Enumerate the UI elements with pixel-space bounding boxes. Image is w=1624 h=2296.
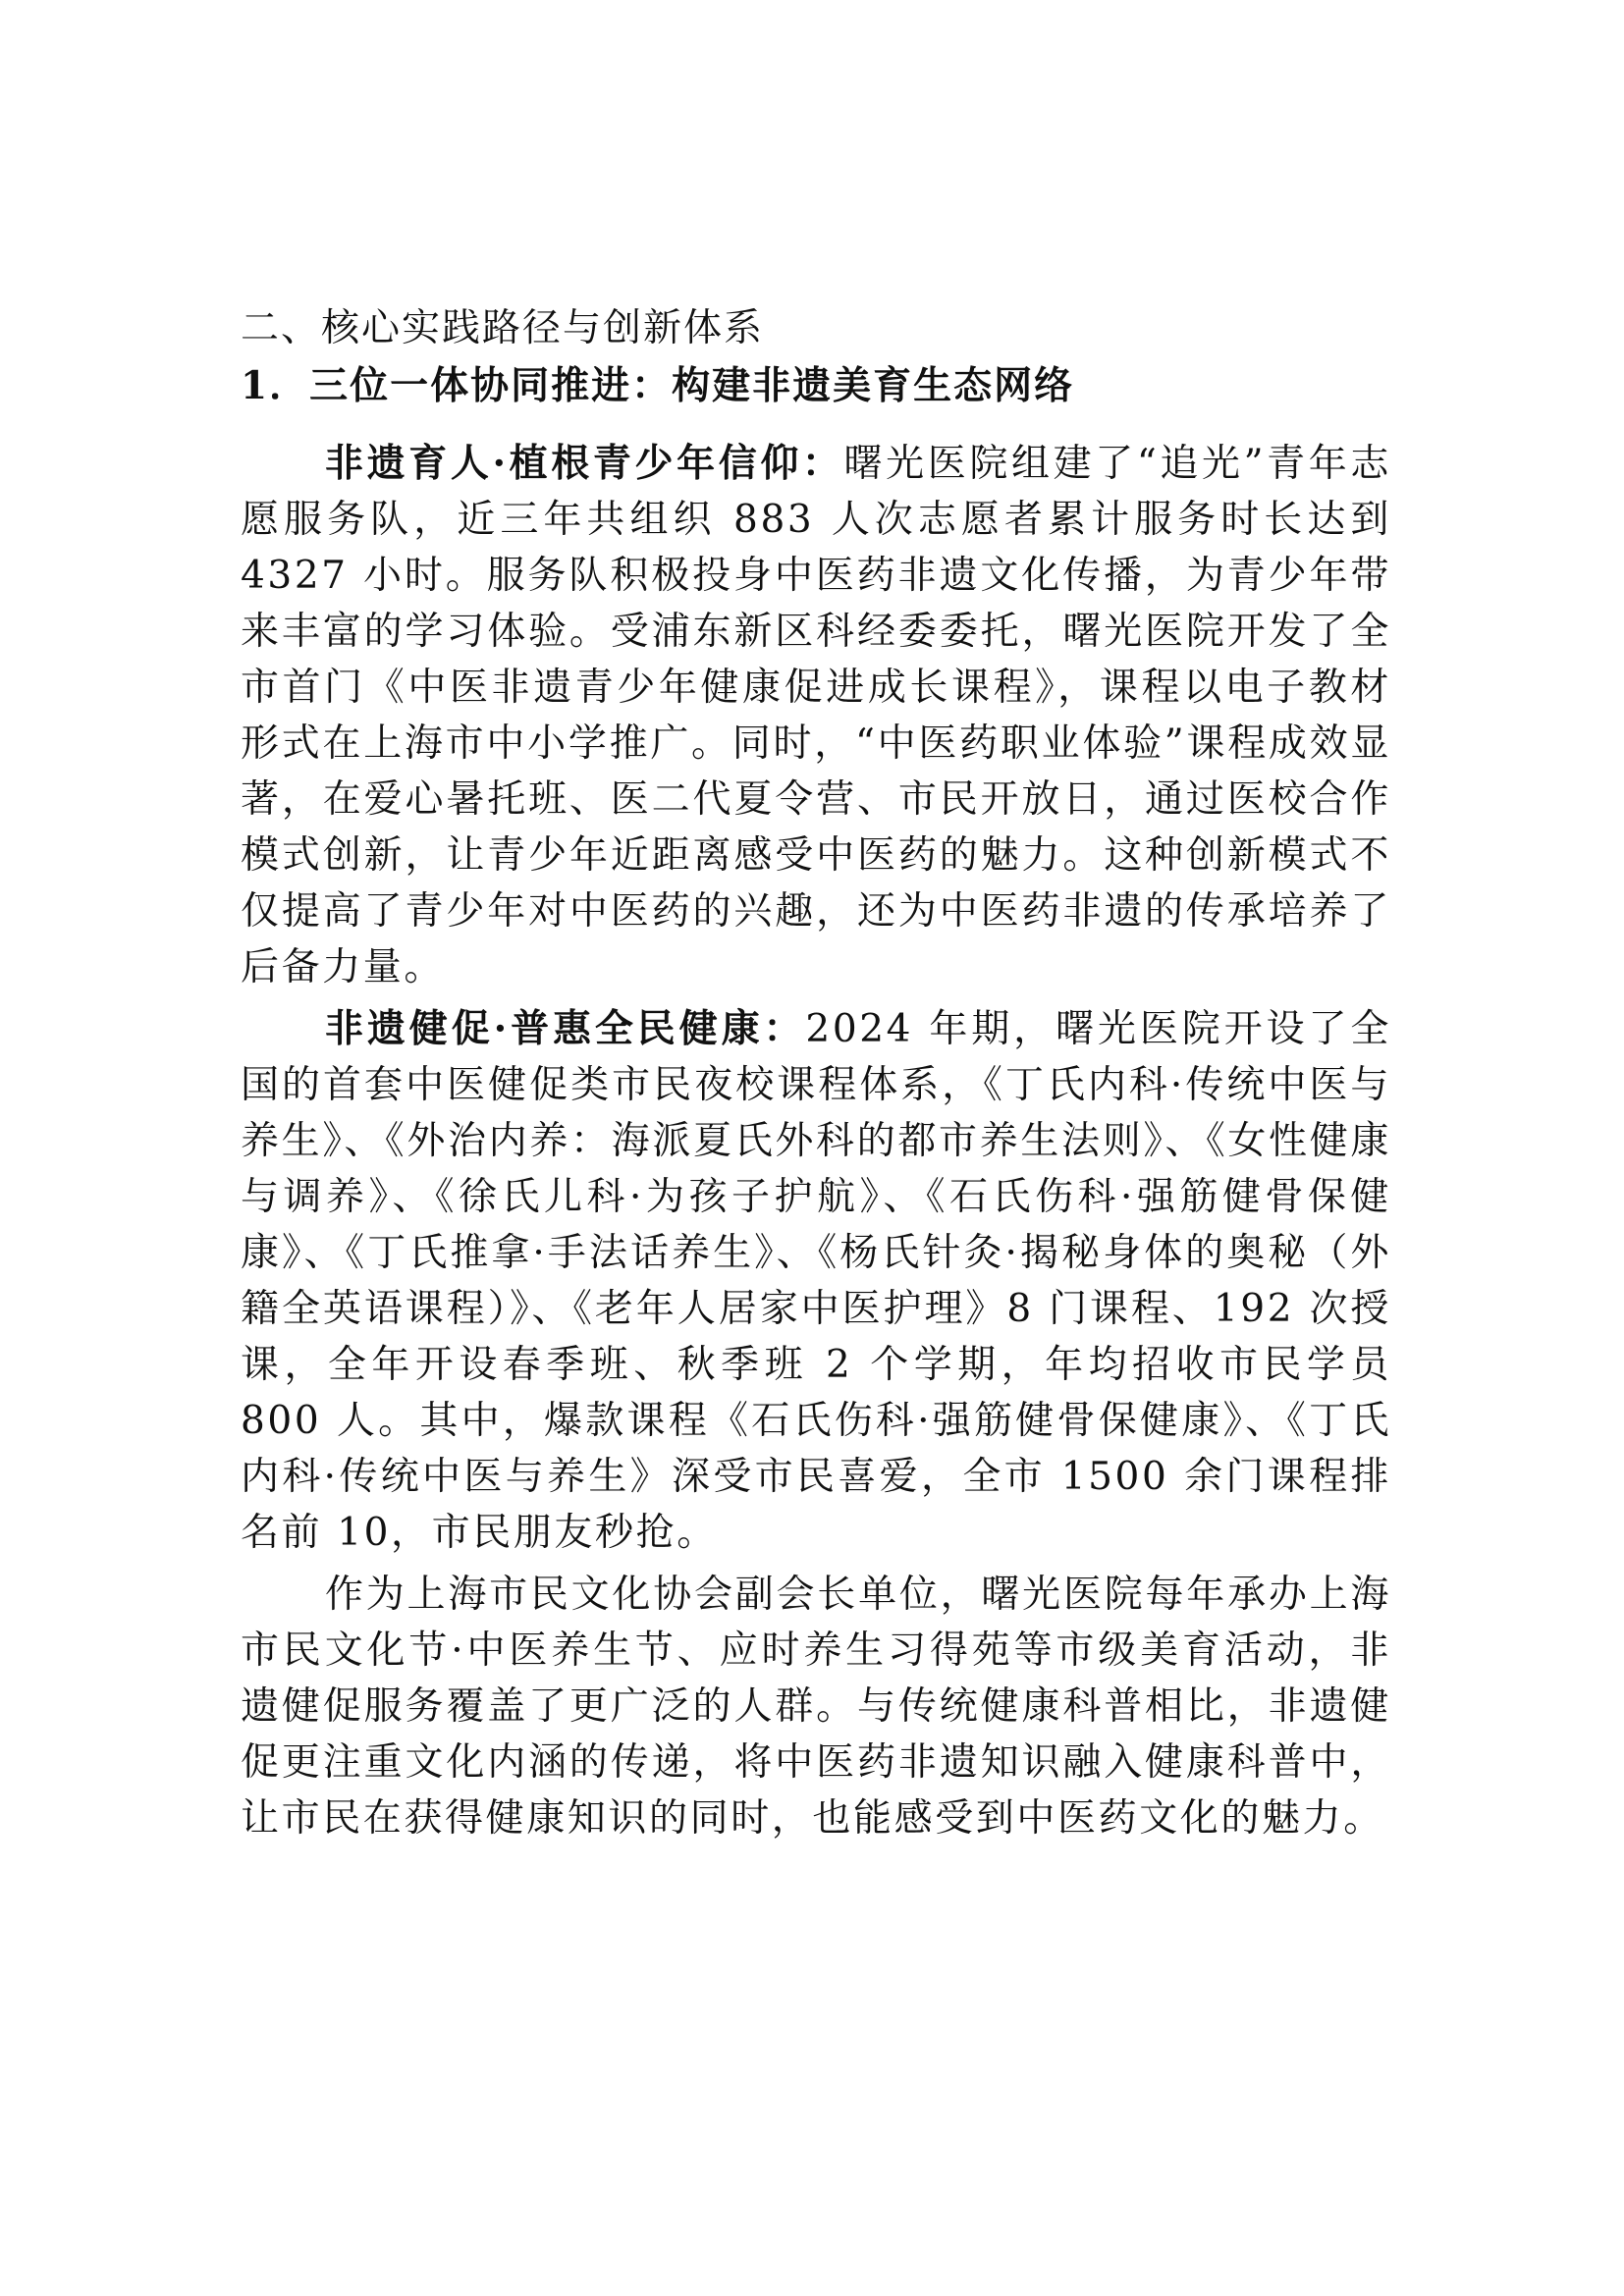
section-heading: 二、核心实践路径与创新体系 <box>241 300 1391 357</box>
paragraph-lead: 非遗健促·普惠全民健康： <box>325 1006 805 1051</box>
paragraph-lead: 非遗育人·植根青少年信仰： <box>325 441 844 486</box>
document-page: 二、核心实践路径与创新体系 1．三位一体协同推进：构建非遗美育生态网络 非遗育人… <box>241 300 1391 1852</box>
paragraph-culture-festival: 作为上海市民文化协会副会长单位，曙光医院每年承办上海市民文化节·中医养生节、应时… <box>241 1567 1391 1846</box>
paragraph-youth-education: 非遗育人·植根青少年信仰：曙光医院组建了“追光”青年志愿服务队，近三年共组织 8… <box>241 436 1391 995</box>
paragraph-public-health: 非遗健促·普惠全民健康：2024 年期，曙光医院开设了全国的首套中医健促类市民夜… <box>241 1001 1391 1561</box>
paragraph-body: 曙光医院组建了“追光”青年志愿服务队，近三年共组织 883 人次志愿者累计服务时… <box>241 442 1391 989</box>
subsection-heading: 1．三位一体协同推进：构建非遗美育生态网络 <box>241 357 1391 414</box>
paragraph-body: 作为上海市民文化协会副会长单位，曙光医院每年承办上海市民文化节·中医养生节、应时… <box>241 1573 1391 1841</box>
paragraph-body: 2024 年期，曙光医院开设了全国的首套中医健促类市民夜校课程体系，《丁氏内科·… <box>241 1007 1391 1555</box>
